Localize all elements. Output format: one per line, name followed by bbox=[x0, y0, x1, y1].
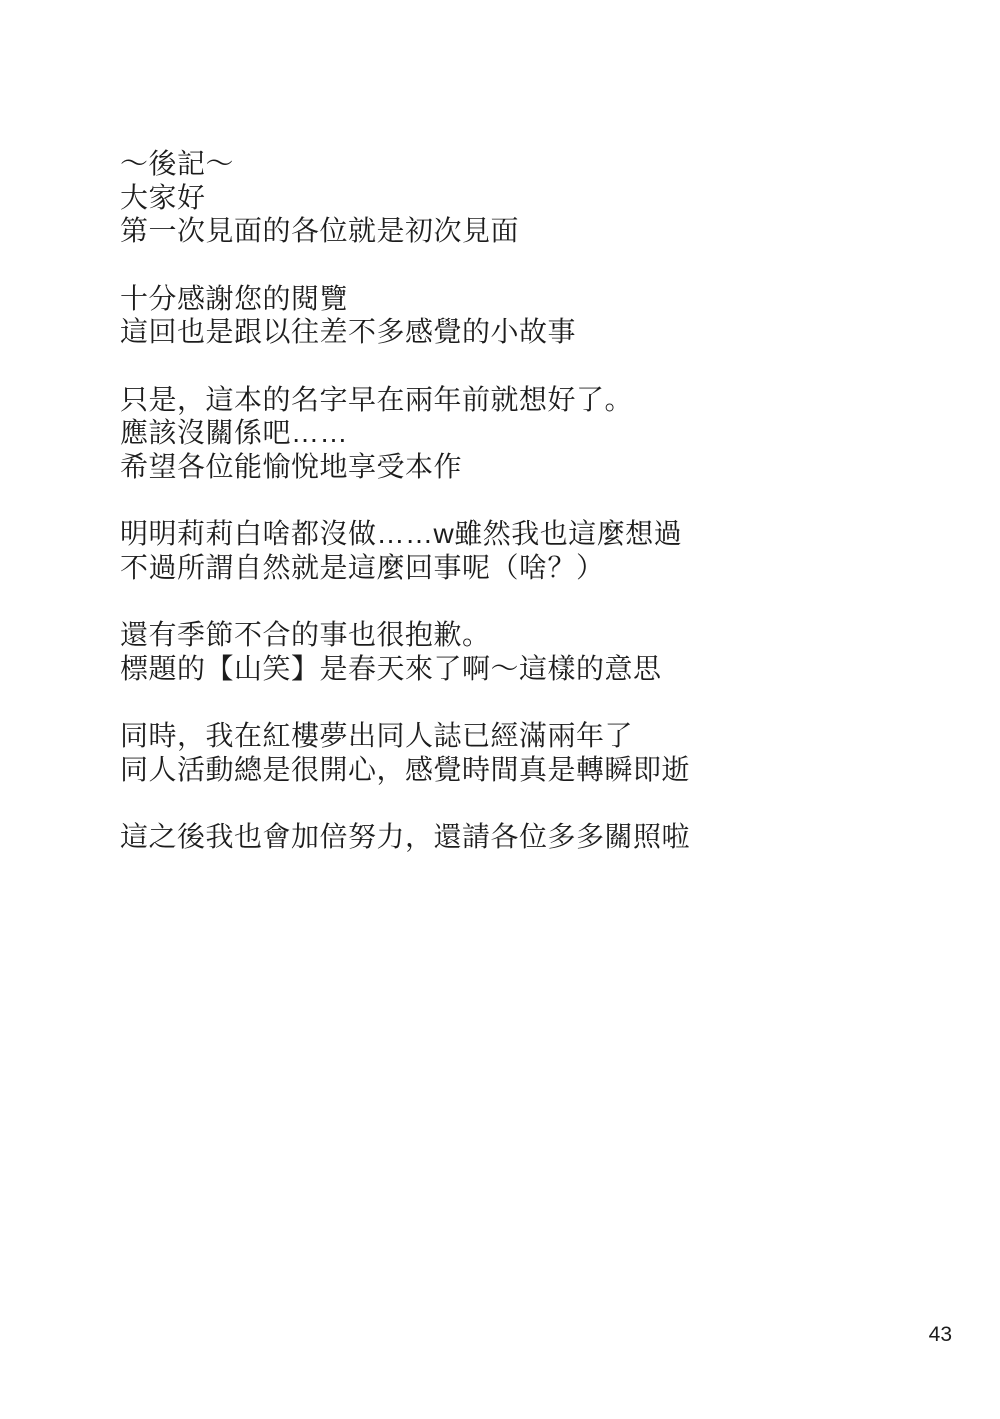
afterword-paragraph-title-origin: 只是，這本的名字早在兩年前就想好了。 應該沒關係吧…… 希望各位能愉悅地享受本作 bbox=[120, 383, 880, 484]
afterword-line: 還有季節不合的事也很抱歉。 bbox=[120, 618, 880, 652]
afterword-line: 不過所謂自然就是這麼回事呢（啥？） bbox=[120, 551, 880, 585]
afterword-line: 第一次見面的各位就是初次見面 bbox=[120, 214, 880, 248]
afterword-line: 同人活動總是很開心，感覺時間真是轉瞬即逝 bbox=[120, 753, 880, 787]
afterword-paragraph-thanks: 十分感謝您的閱覽 這回也是跟以往差不多感覺的小故事 bbox=[120, 282, 880, 349]
afterword-line: 大家好 bbox=[120, 181, 880, 215]
afterword-line: 應該沒關係吧…… bbox=[120, 416, 880, 450]
afterword-paragraph-season: 還有季節不合的事也很抱歉。 標題的【山笑】是春天來了啊～這樣的意思 bbox=[120, 618, 880, 685]
afterword-page: ～後記～ 大家好 第一次見面的各位就是初次見面 十分感謝您的閱覽 這回也是跟以往… bbox=[0, 0, 1000, 1419]
afterword-line: 希望各位能愉悅地享受本作 bbox=[120, 450, 880, 484]
afterword-line: 這回也是跟以往差不多感覺的小故事 bbox=[120, 315, 880, 349]
afterword-text-block: ～後記～ 大家好 第一次見面的各位就是初次見面 十分感謝您的閱覽 這回也是跟以往… bbox=[120, 147, 880, 854]
afterword-paragraph-aside: 明明莉莉白啥都沒做……w雖然我也這麼想過 不過所謂自然就是這麼回事呢（啥？） bbox=[120, 517, 880, 584]
afterword-line: 明明莉莉白啥都沒做……w雖然我也這麼想過 bbox=[120, 517, 880, 551]
page-number: 43 bbox=[929, 1323, 952, 1347]
afterword-paragraph-anniversary: 同時，我在紅樓夢出同人誌已經滿兩年了 同人活動總是很開心，感覺時間真是轉瞬即逝 bbox=[120, 719, 880, 786]
afterword-line: 標題的【山笑】是春天來了啊～這樣的意思 bbox=[120, 652, 880, 686]
afterword-line: 這之後我也會加倍努力，還請各位多多關照啦 bbox=[120, 820, 880, 854]
afterword-paragraph-closing: 這之後我也會加倍努力，還請各位多多關照啦 bbox=[120, 820, 880, 854]
afterword-line: ～後記～ bbox=[120, 147, 880, 181]
afterword-line: 只是，這本的名字早在兩年前就想好了。 bbox=[120, 383, 880, 417]
afterword-line: 十分感謝您的閱覽 bbox=[120, 282, 880, 316]
afterword-paragraph-greeting: ～後記～ 大家好 第一次見面的各位就是初次見面 bbox=[120, 147, 880, 248]
afterword-line: 同時，我在紅樓夢出同人誌已經滿兩年了 bbox=[120, 719, 880, 753]
